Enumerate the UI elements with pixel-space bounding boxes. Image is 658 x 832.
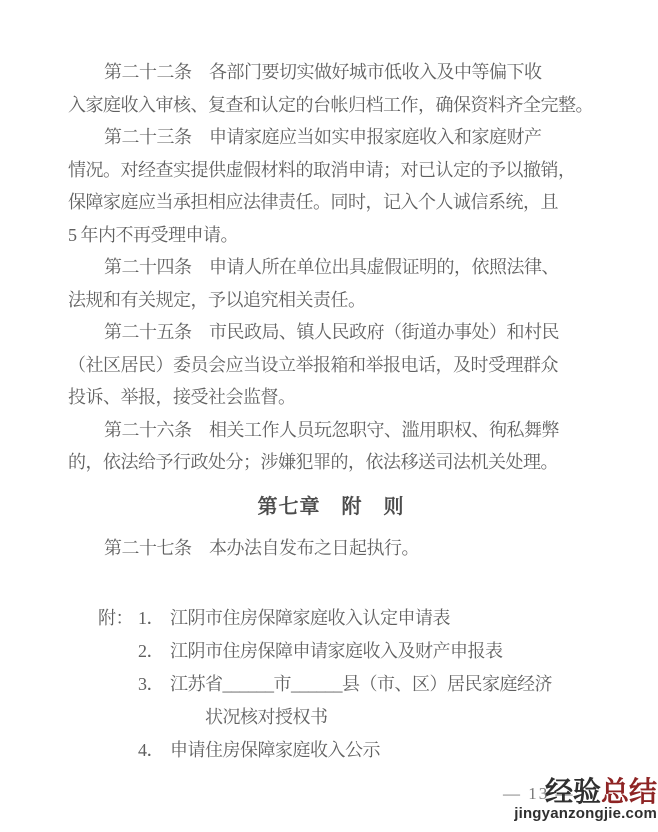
watermark-brand: 经验总结 <box>514 777 657 806</box>
attachment-text: 江阴市住房保障申请家庭收入及财产申报表 <box>170 641 503 661</box>
doc-line: 投诉、举报，接受社会监督。 <box>68 381 594 414</box>
doc-line: 第二十六条 相关工作人员玩忽职守、滥用职权、徇私舞弊 <box>68 414 594 447</box>
doc-line: 法规和有关规定，予以追究相关责任。 <box>68 284 594 317</box>
doc-line: 保障家庭应当承担相应法律责任。同时，记入个人诚信系统，且 <box>68 186 594 219</box>
article-27-line: 第二十七条 本办法自发布之日起执行。 <box>68 532 594 565</box>
attachment-text: 江苏省______市______县（市、区）居民家庭经济 <box>170 674 552 694</box>
doc-line: 的，依法给予行政处分；涉嫌犯罪的，依法移送司法机关处理。 <box>68 446 594 479</box>
attachment-item: 附：1．江阴市住房保障家庭收入认定申请表 <box>98 602 594 635</box>
attachment-item: 3．江苏省______市______县（市、区）居民家庭经济 <box>98 668 594 701</box>
attachment-item-continuation: 状况核对授权书 <box>98 701 594 734</box>
attachment-number: 3． <box>138 668 170 701</box>
doc-line: 情况。对经查实提供虚假材料的取消申请；对已认定的予以撤销， <box>68 154 594 187</box>
document-body: 第二十二条 各部门要切实做好城市低收入及中等偏下收 入家庭收入审核、复查和认定的… <box>68 56 594 767</box>
attachment-number: 2． <box>138 635 170 668</box>
watermark-brand-red: 总结 <box>601 776 657 807</box>
watermark-brand-black: 经验 <box>545 776 601 807</box>
attachment-text: 申请住房保障家庭收入公示 <box>170 740 380 760</box>
doc-line: （社区居民）委员会应当设立举报箱和举报电话，及时受理群众 <box>68 349 594 382</box>
doc-line: 第二十二条 各部门要切实做好城市低收入及中等偏下收 <box>68 56 594 89</box>
doc-line: 入家庭收入审核、复查和认定的台帐归档工作，确保资料齐全完整。 <box>68 89 594 122</box>
document-page: { "document": { "body_lines": [ { "text"… <box>0 0 658 832</box>
doc-line: 第二十三条 申请家庭应当如实申报家庭收入和家庭财产 <box>68 121 594 154</box>
attachments-label: 附： <box>98 602 138 635</box>
doc-line: 5 年内不再受理申请。 <box>68 219 594 252</box>
attachment-text: 状况核对授权书 <box>205 707 328 727</box>
watermark-domain: jingyanzongjie.com <box>514 806 657 822</box>
attachments-section: 附：1．江阴市住房保障家庭收入认定申请表 2．江阴市住房保障申请家庭收入及财产申… <box>68 602 594 767</box>
watermark: 经验总结 jingyanzongjie.com <box>514 777 657 822</box>
attachment-item: 4．申请住房保障家庭收入公示 <box>98 734 594 767</box>
doc-line: 第二十四条 申请人所在单位出具虚假证明的，依照法律、 <box>68 251 594 284</box>
attachment-text: 江阴市住房保障家庭收入认定申请表 <box>170 608 450 628</box>
doc-line: 第二十五条 市民政局、镇人民政府（街道办事处）和村民 <box>68 316 594 349</box>
attachment-item: 2．江阴市住房保障申请家庭收入及财产申报表 <box>98 635 594 668</box>
attachment-number: 4． <box>138 734 170 767</box>
attachment-number: 1． <box>138 602 170 635</box>
chapter-heading: 第七章 附 则 <box>68 492 594 522</box>
